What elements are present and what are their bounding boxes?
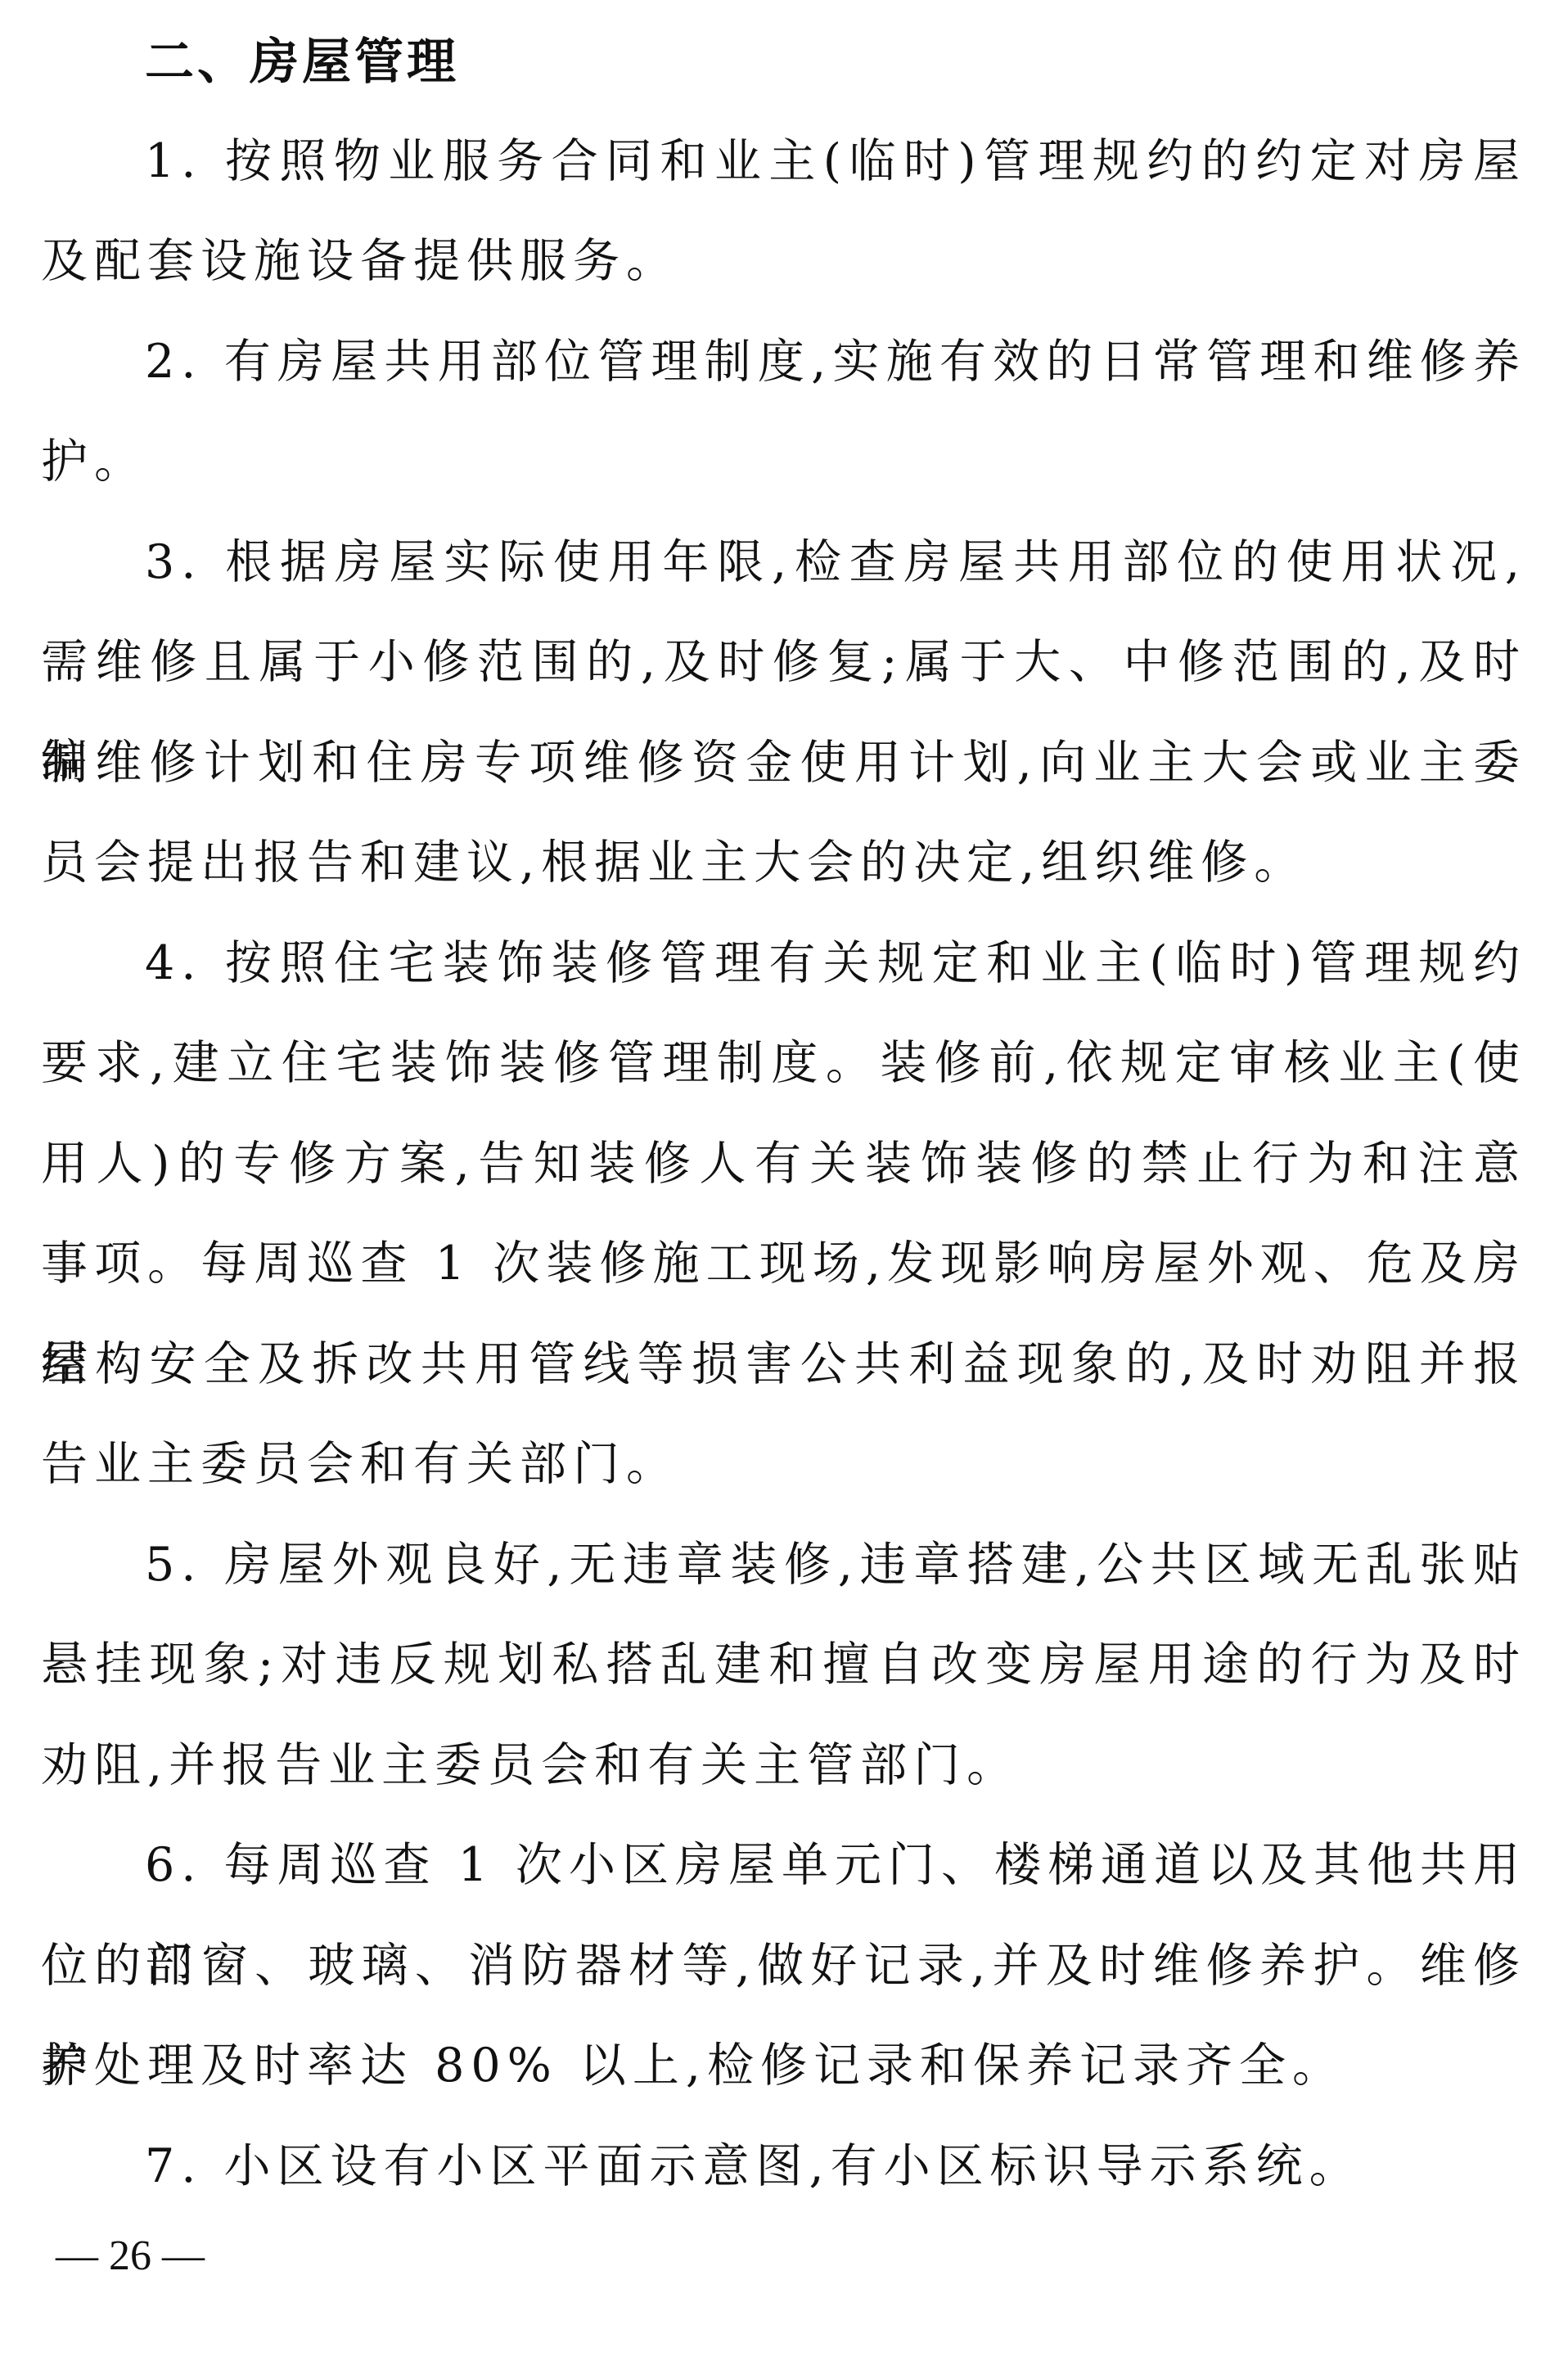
paragraph-line: 4. 按照住宅装饰装修管理有关规定和业主(临时)管理规约 [145,913,1526,1013]
section-heading: 二、房屋管理 [145,29,459,95]
paragraph-line: 需维修且属于小修范围的,及时修复;属于大、中修范围的,及时编 [41,612,1526,712]
paragraph-line: 结构安全及拆改共用管线等损害公共利益现象的,及时劝阻并报 [41,1314,1526,1414]
paragraph-line: 劝阻,并报告业主委员会和有关主管部门。 [41,1715,1526,1815]
paragraph-line: 要求,建立住宅装饰装修管理制度。装修前,依规定审核业主(使 [41,1013,1526,1113]
paragraph-line: 1. 按照物业服务合同和业主(临时)管理规约的约定对房屋 [145,111,1526,211]
paragraph-line: 3. 根据房屋实际使用年限,检查房屋共用部位的使用状况, [145,512,1526,612]
paragraph-line: 悬挂现象;对违反规划私搭乱建和擅自改变房屋用途的行为及时 [41,1615,1526,1714]
page-number: — 26 — [56,2228,205,2285]
paragraph-line: 用人)的专修方案,告知装修人有关装饰装修的禁止行为和注意 [41,1114,1526,1214]
paragraph-line: 事项。每周巡查 1 次装修施工现场,发现影响房屋外观、危及房屋 [41,1214,1526,1313]
paragraph-line: 2. 有房屋共用部位管理制度,实施有效的日常管理和维修养 [145,312,1526,412]
paragraph-line: 7. 小区设有小区平面示意图,有小区标识导示系统。 [145,2116,1526,2216]
paragraph-line: 告业主委员会和有关部门。 [41,1414,1526,1514]
paragraph-line: 护处理及时率达 80% 以上,检修记录和保养记录齐全。 [41,2016,1526,2115]
paragraph-line: 5. 房屋外观良好,无违章装修,违章搭建,公共区域无乱张贴 [145,1515,1526,1615]
paragraph-line: 制维修计划和住房专项维修资金使用计划,向业主大会或业主委 [41,713,1526,813]
paragraph-line: 6. 每周巡查 1 次小区房屋单元门、楼梯通道以及其他共用部 [145,1815,1526,1915]
paragraph-line: 员会提出报告和建议,根据业主大会的决定,组织维修。 [41,813,1526,912]
paragraph-line: 位的门窗、玻璃、消防器材等,做好记录,并及时维修养护。维修养 [41,1916,1526,2016]
paragraph-line: 护。 [41,412,1526,511]
paragraph-line: 及配套设施设备提供服务。 [41,211,1526,311]
